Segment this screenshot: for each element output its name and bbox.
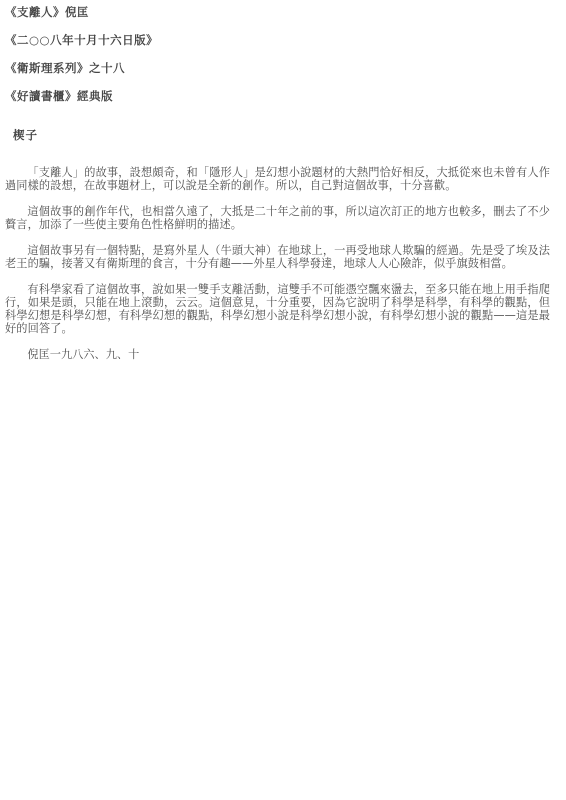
preface-paragraph: 有科學家看了這個故事，說如果一雙手支離活動，這雙手不可能憑空飄來盪去，至多只能在… bbox=[5, 283, 550, 335]
author-signature-date: 倪匡一九八六、九、十 bbox=[5, 348, 550, 361]
section-heading: 楔子 bbox=[13, 129, 550, 141]
book-title-author: 《支離人》倪匡 bbox=[5, 6, 550, 18]
preface-paragraph: 這個故事另有一個特點，是寫外星人（牛頭大神）在地球上，一再受地球人欺騙的經過。先… bbox=[5, 244, 550, 270]
document-page: 《支離人》倪匡 《二○○八年十月十六日版》 《衛斯理系列》之十八 《好讀書櫃》經… bbox=[0, 0, 566, 800]
publisher-line: 《好讀書櫃》經典版 bbox=[5, 90, 550, 102]
preface-body: 「支離人」的故事，設想頗奇，和「隱形人」是幻想小說題材的大熱門恰好相反，大抵從來… bbox=[5, 166, 550, 361]
preface-paragraph: 「支離人」的故事，設想頗奇，和「隱形人」是幻想小說題材的大熱門恰好相反，大抵從來… bbox=[5, 166, 550, 192]
edition-date-line: 《二○○八年十月十六日版》 bbox=[5, 34, 550, 46]
series-line: 《衛斯理系列》之十八 bbox=[5, 62, 550, 74]
preface-paragraph: 這個故事的創作年代，也相當久遠了，大抵是二十年之前的事，所以這次訂正的地方也較多… bbox=[5, 205, 550, 231]
book-header: 《支離人》倪匡 《二○○八年十月十六日版》 《衛斯理系列》之十八 《好讀書櫃》經… bbox=[5, 6, 550, 102]
